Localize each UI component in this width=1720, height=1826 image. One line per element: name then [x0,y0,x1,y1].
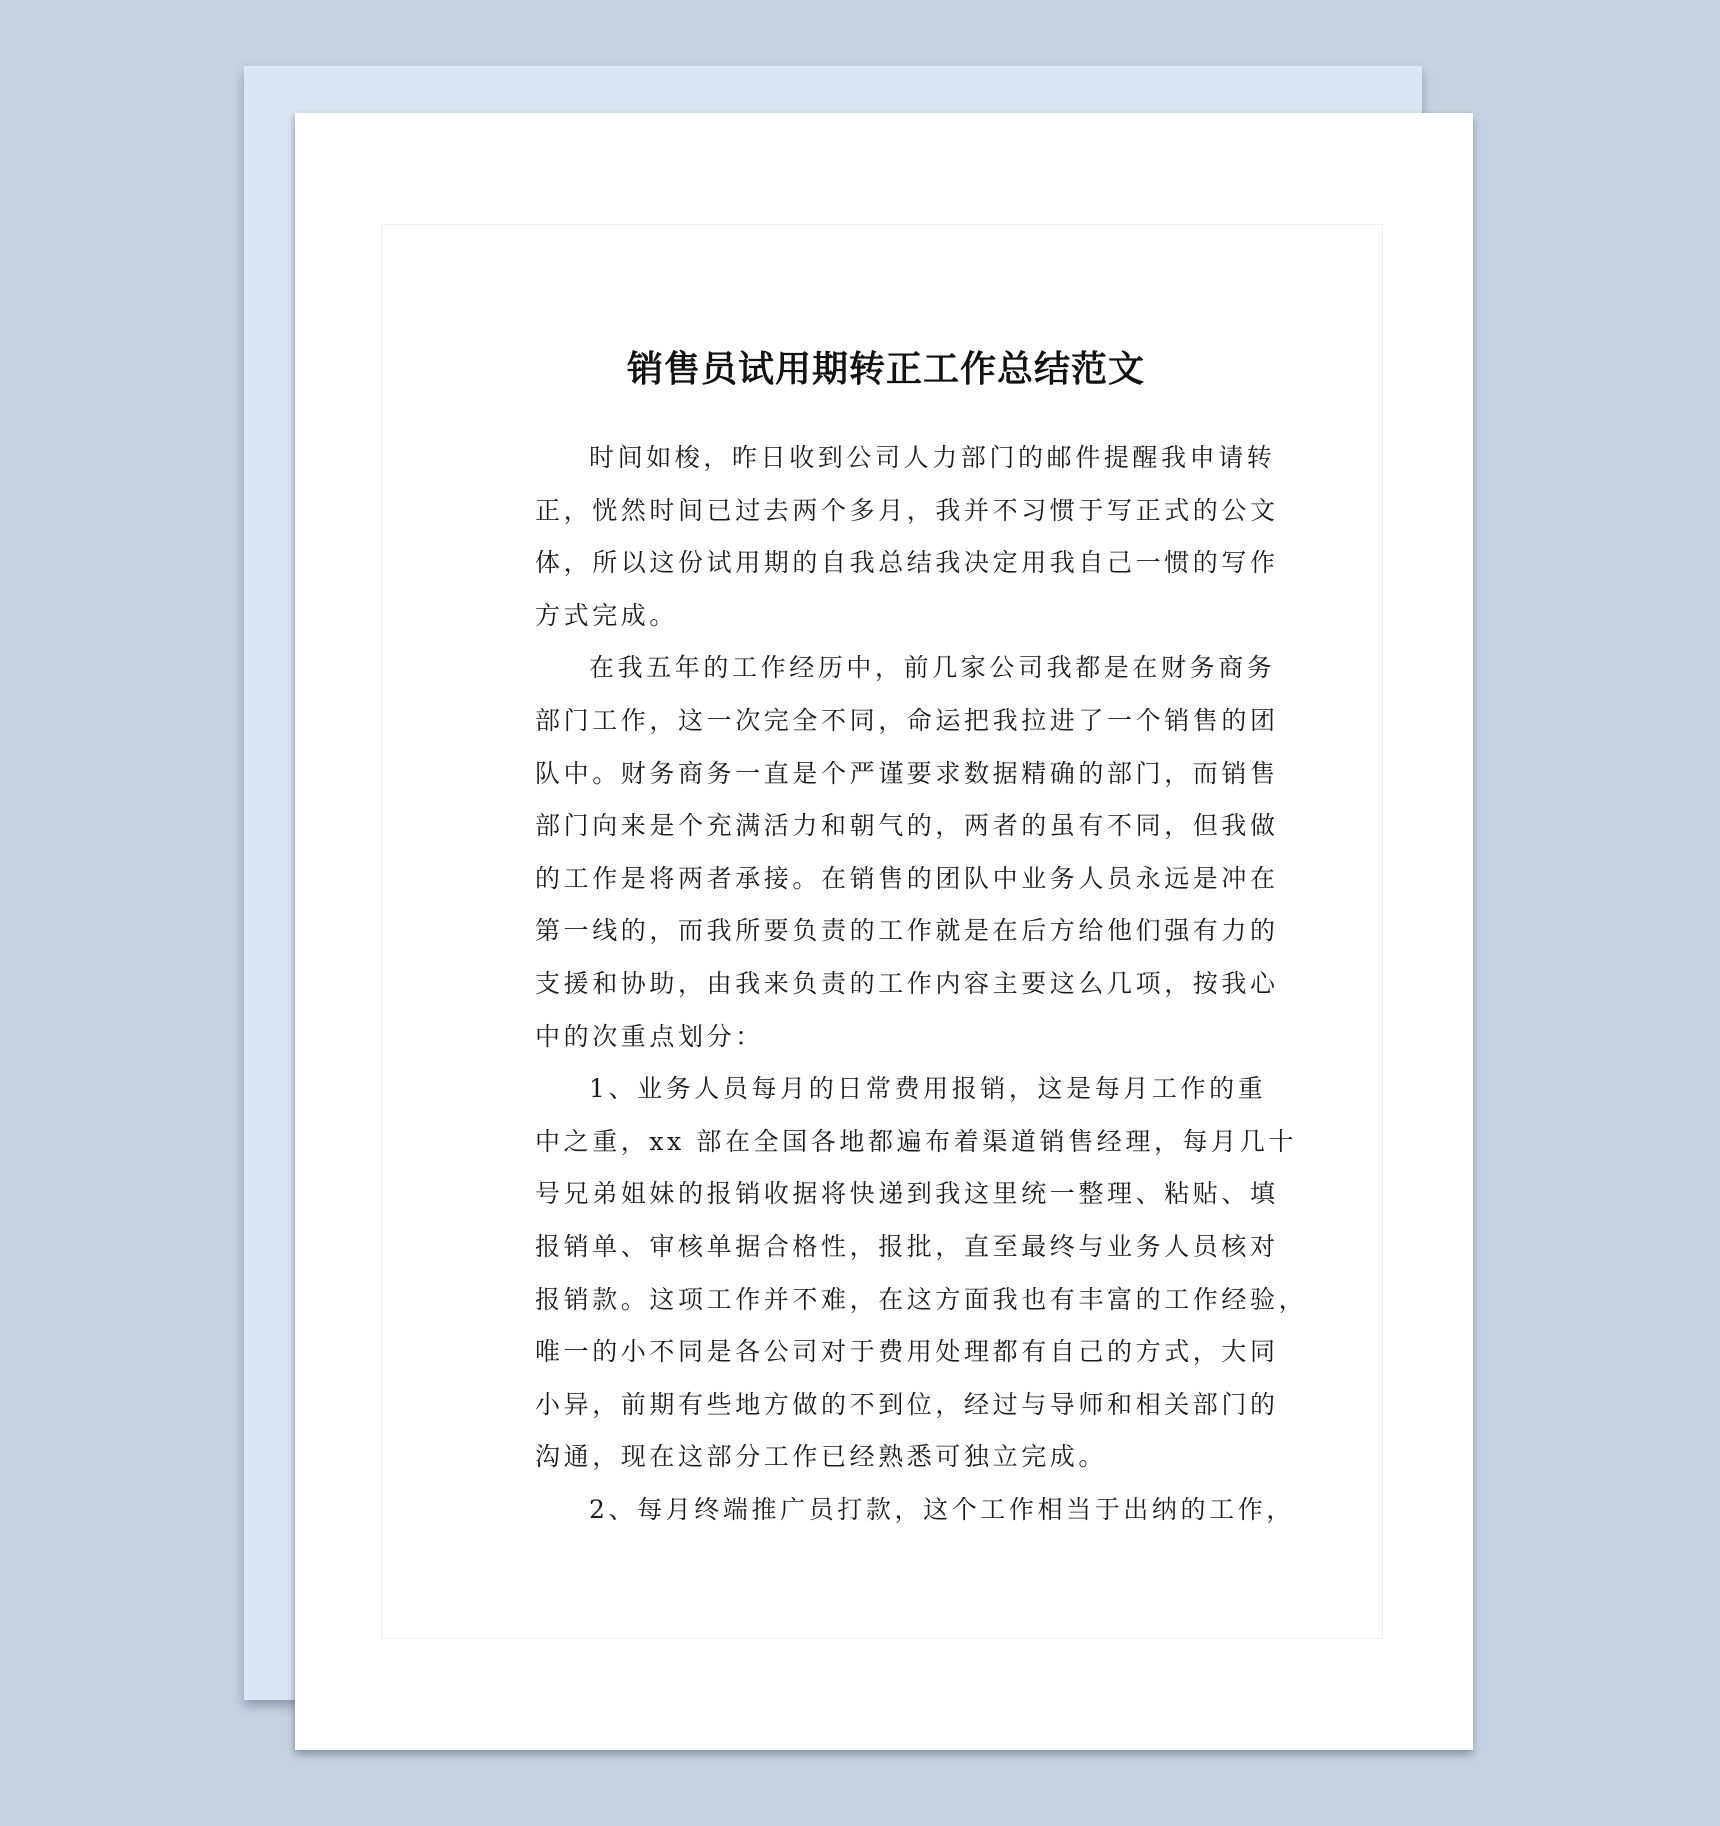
body-line: 报销款。这项工作并不难，在这方面我也有丰富的工作经验， [535,1274,1235,1327]
body-line: 时间如梭，昨日收到公司人力部门的邮件提醒我申请转 [535,432,1235,485]
body-line: 中之重，xx 部在全国各地都遍布着渠道销售经理，每月几十 [535,1116,1235,1169]
body-line: 第一线的，而我所要负责的工作就是在后方给他们强有力的 [535,905,1235,958]
body-line: 体，所以这份试用期的自我总结我决定用我自己一惯的写作 [535,537,1235,590]
body-line: 正，恍然时间已过去两个多月，我并不习惯于写正式的公文 [535,485,1235,538]
body-line: 小异，前期有些地方做的不到位，经过与导师和相关部门的 [535,1379,1235,1432]
body-line: 唯一的小不同是各公司对于费用处理都有自己的方式，大同 [535,1326,1235,1379]
body-line: 报销单、审核单据合格性，报批，直至最终与业务人员核对 [535,1221,1235,1274]
body-line: 沟通，现在这部分工作已经熟悉可独立完成。 [535,1431,1235,1484]
body-line: 1、业务人员每月的日常费用报销，这是每月工作的重 [535,1063,1235,1116]
body-line: 号兄弟姐妹的报销收据将快递到我这里统一整理、粘贴、填 [535,1168,1235,1221]
document-body: 时间如梭，昨日收到公司人力部门的邮件提醒我申请转 正，恍然时间已过去两个多月，我… [535,432,1235,1536]
body-line: 部门向来是个充满活力和朝气的，两者的虽有不同，但我做 [535,800,1235,853]
body-line: 中的次重点划分： [535,1011,1235,1064]
document-page: 销售员试用期转正工作总结范文 时间如梭，昨日收到公司人力部门的邮件提醒我申请转 … [295,113,1473,1750]
body-line: 在我五年的工作经历中，前几家公司我都是在财务商务 [535,642,1235,695]
body-line: 的工作是将两者承接。在销售的团队中业务人员永远是冲在 [535,853,1235,906]
body-line: 队中。财务商务一直是个严谨要求数据精确的部门，而销售 [535,748,1235,801]
body-line: 2、每月终端推广员打款，这个工作相当于出纳的工作， [535,1484,1235,1537]
body-line: 部门工作，这一次完全不同，命运把我拉进了一个销售的团 [535,695,1235,748]
body-line: 方式完成。 [535,590,1235,643]
body-line: 支援和协助，由我来负责的工作内容主要这么几项，按我心 [535,958,1235,1011]
document-title: 销售员试用期转正工作总结范文 [295,346,1473,394]
